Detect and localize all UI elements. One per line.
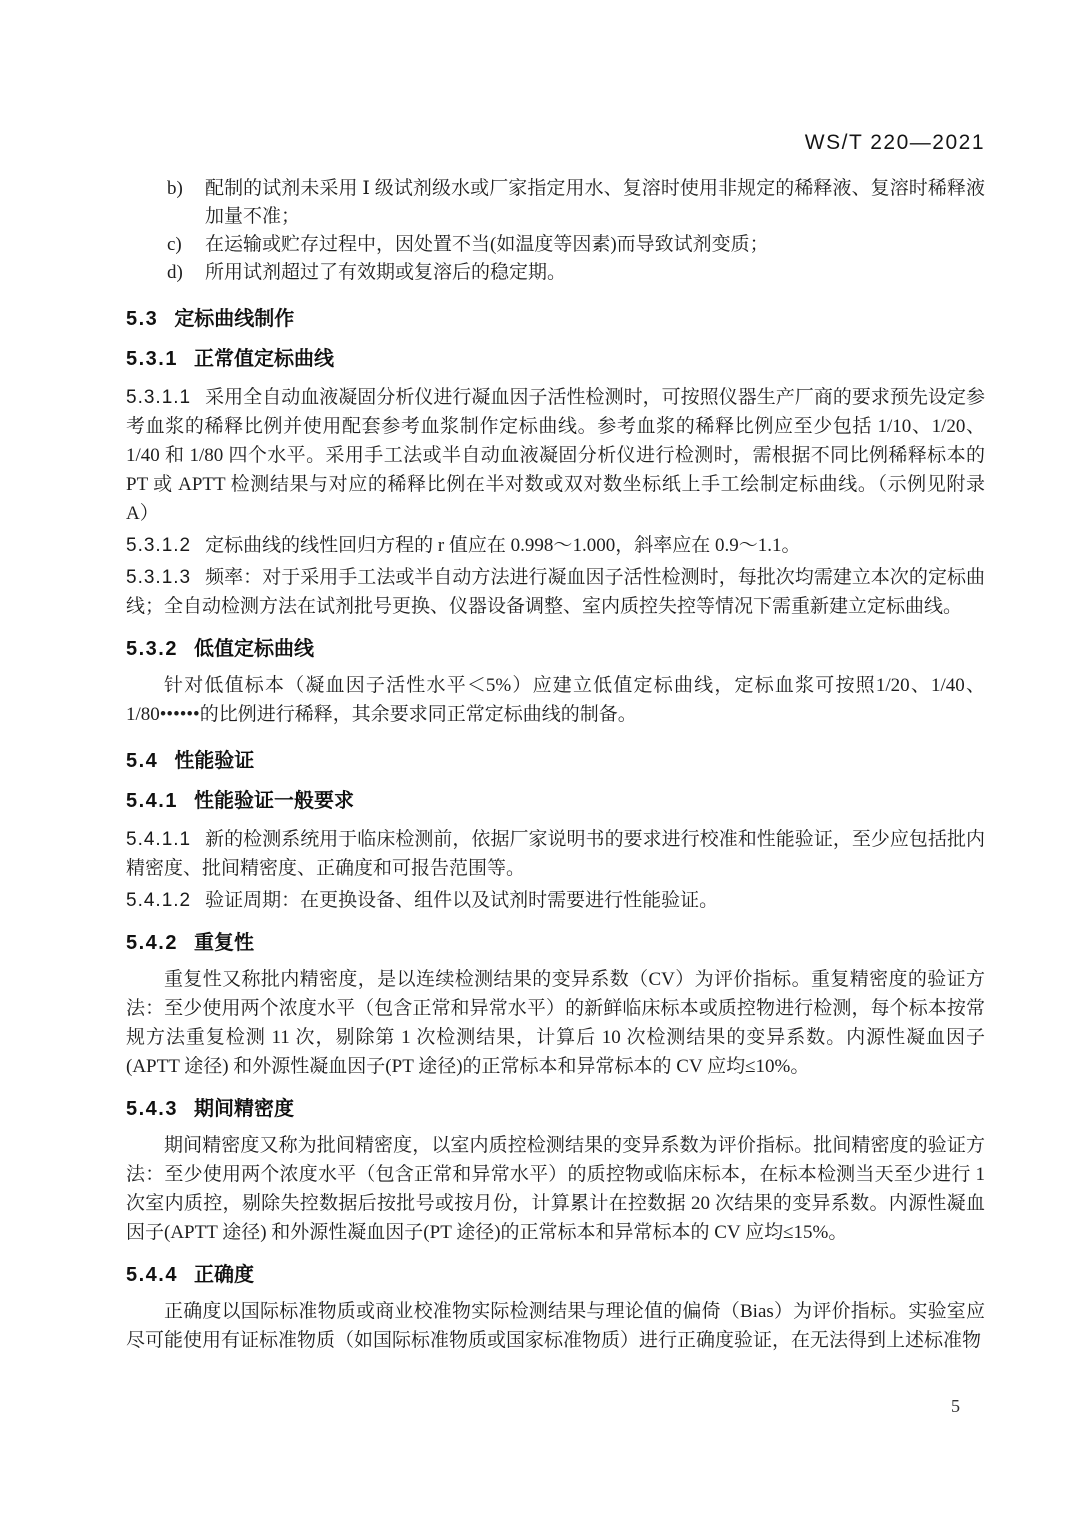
list-item-text: 配制的试剂未采用 Ⅰ 级试剂级水或厂家指定用水、复溶时使用非规定的稀释液、复溶时… [205,175,985,231]
section-number: 5.3.1 [126,348,178,370]
paragraph-trueness: 正确度以国际标准物质或商业校准物实际检测结果与理论值的偏倚（Bias）为评价指标… [126,1297,985,1355]
clause-number: 5.4.1.2 [126,890,191,911]
paragraph-5-3-1-1: 5.3.1.1采用全自动血液凝固分析仪进行凝血因子活性检测时，可按照仪器生产厂商… [126,383,985,528]
page-number: 5 [951,1396,960,1417]
list-item: c) 在运输或贮存过程中，因处置不当(如温度等因素)而导致试剂变质； [167,231,985,259]
clause-number: 5.4.1.1 [126,829,191,850]
paragraph-repeatability: 重复性又称批内精密度，是以连续检测结果的变异系数（CV）为评价指标。重复精密度的… [126,965,985,1081]
clause-number: 5.3.1.1 [126,387,191,408]
section-title: 正常值定标曲线 [194,348,334,370]
clause-text: 采用全自动血液凝固分析仪进行凝血因子活性检测时，可按照仪器生产厂商的要求预先设定… [126,387,985,524]
section-number: 5.4.2 [126,932,178,954]
section-heading-5-3-2: 5.3.2低值定标曲线 [126,637,985,661]
list-item-text: 所用试剂超过了有效期或复溶后的稳定期。 [205,259,985,287]
section-title: 性能验证一般要求 [194,790,354,812]
section-heading-5-4-2: 5.4.2重复性 [126,931,985,955]
section-heading-5-3: 5.3定标曲线制作 [126,307,985,331]
section-number: 5.4.1 [126,790,178,812]
list-marker-b: b) [167,175,205,231]
clause-text: 新的检测系统用于临床检测前，依据厂家说明书的要求进行校准和性能验证，至少应包括批… [126,829,985,879]
paragraph-intermediate-precision: 期间精密度又称为批间精密度，以室内质控检测结果的变异系数为评价指标。批间精密度的… [126,1131,985,1247]
clause-text: 定标曲线的线性回归方程的 r 值应在 0.998～1.000，斜率应在 0.9～… [205,535,800,556]
paragraph-low-value-curve: 针对低值标本（凝血因子活性水平＜5%）应建立低值定标曲线，定标血浆可按照1/20… [126,671,985,729]
section-number: 5.3 [126,308,158,330]
list-marker-c: c) [167,231,205,259]
reagent-problem-list: b) 配制的试剂未采用 Ⅰ 级试剂级水或厂家指定用水、复溶时使用非规定的稀释液、… [126,175,985,287]
paragraph-5-4-1-2: 5.4.1.2验证周期：在更换设备、组件以及试剂时需要进行性能验证。 [126,886,985,915]
clause-number: 5.3.1.3 [126,567,191,588]
section-title: 定标曲线制作 [174,308,294,330]
section-heading-5-4-4: 5.4.4正确度 [126,1263,985,1287]
clause-text: 频率：对于采用手工法或半自动方法进行凝血因子活性检测时，每批次均需建立本次的定标… [126,567,985,617]
paragraph-5-3-1-2: 5.3.1.2定标曲线的线性回归方程的 r 值应在 0.998～1.000，斜率… [126,531,985,560]
clause-text: 验证周期：在更换设备、组件以及试剂时需要进行性能验证。 [205,890,718,911]
section-heading-5-3-1: 5.3.1正常值定标曲线 [126,347,985,371]
list-item: d) 所用试剂超过了有效期或复溶后的稳定期。 [167,259,985,287]
document-page: WS/T 220—2021 b) 配制的试剂未采用 Ⅰ 级试剂级水或厂家指定用水… [0,0,1080,1527]
section-number: 5.4 [126,750,158,772]
clause-number: 5.3.1.2 [126,535,191,556]
list-marker-d: d) [167,259,205,287]
section-heading-5-4-3: 5.4.3期间精密度 [126,1097,985,1121]
section-number: 5.4.4 [126,1264,178,1286]
section-number: 5.4.3 [126,1098,178,1120]
section-heading-5-4: 5.4性能验证 [126,749,985,773]
section-title: 低值定标曲线 [194,638,314,660]
document-number: WS/T 220—2021 [126,0,985,155]
list-item-text: 在运输或贮存过程中，因处置不当(如温度等因素)而导致试剂变质； [205,231,985,259]
section-title: 重复性 [194,932,254,954]
section-title: 期间精密度 [194,1098,294,1120]
list-item: b) 配制的试剂未采用 Ⅰ 级试剂级水或厂家指定用水、复溶时使用非规定的稀释液、… [167,175,985,231]
paragraph-5-4-1-1: 5.4.1.1新的检测系统用于临床检测前，依据厂家说明书的要求进行校准和性能验证… [126,825,985,883]
paragraph-5-3-1-3: 5.3.1.3频率：对于采用手工法或半自动方法进行凝血因子活性检测时，每批次均需… [126,563,985,621]
section-title: 正确度 [194,1264,254,1286]
section-heading-5-4-1: 5.4.1性能验证一般要求 [126,789,985,813]
section-number: 5.3.2 [126,638,178,660]
section-title: 性能验证 [174,750,254,772]
